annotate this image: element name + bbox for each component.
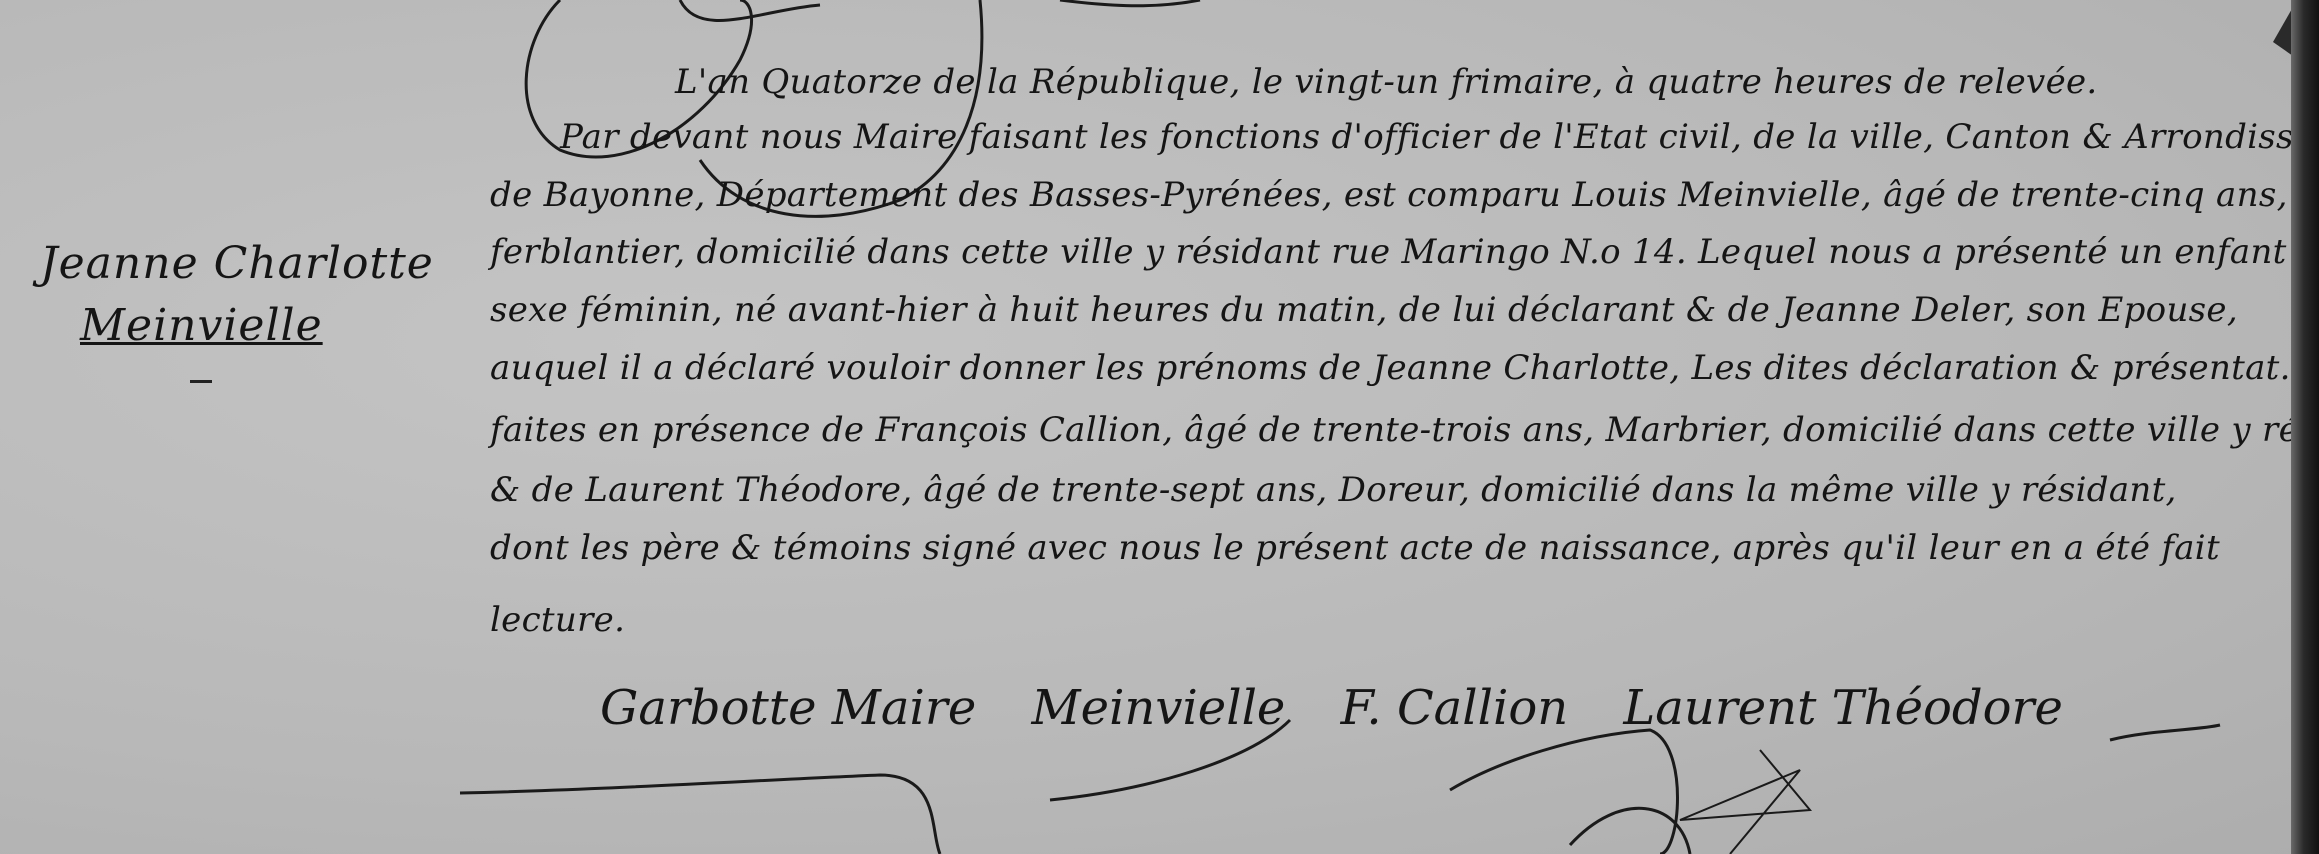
body-line-9: dont les père & témoins signé avec nous …: [490, 528, 2220, 568]
body-line-6: auquel il a déclaré vouloir donner les p…: [490, 348, 2313, 388]
body-line-5: sexe féminin, né avant-hier à huit heure…: [490, 290, 2238, 330]
margin-child-surname: Meinvielle: [80, 300, 323, 351]
body-line-1: L'an Quatorze de la République, le vingt…: [675, 62, 2098, 102]
body-line-7: faites en présence de François Callion, …: [490, 410, 2319, 450]
body-line-8: & de Laurent Théodore, âgé de trente-sep…: [490, 470, 2177, 510]
register-page: Jeanne Charlotte Meinvielle L'an Quatorz…: [0, 0, 2319, 854]
margin-dash: [190, 380, 212, 383]
signature-witness-2: Laurent Théodore: [1623, 680, 2062, 736]
margin-child-given-names: Jeanne Charlotte: [40, 238, 434, 289]
signature-father: Meinvielle: [1032, 680, 1286, 736]
signature-witness-1: F. Callion: [1341, 680, 1569, 736]
book-binding-edge: [2291, 0, 2319, 854]
body-line-2: Par devant nous Maire faisant les foncti…: [560, 117, 2319, 157]
body-line-4: ferblantier, domicilié dans cette ville …: [490, 232, 2319, 272]
body-line-10: lecture.: [490, 600, 625, 640]
signatures-row: Garbotte Maire Meinvielle F. Callion Lau…: [600, 680, 2103, 736]
signature-mayor: Garbotte Maire: [600, 680, 976, 736]
body-line-3: de Bayonne, Département des Basses-Pyrén…: [490, 175, 2288, 215]
